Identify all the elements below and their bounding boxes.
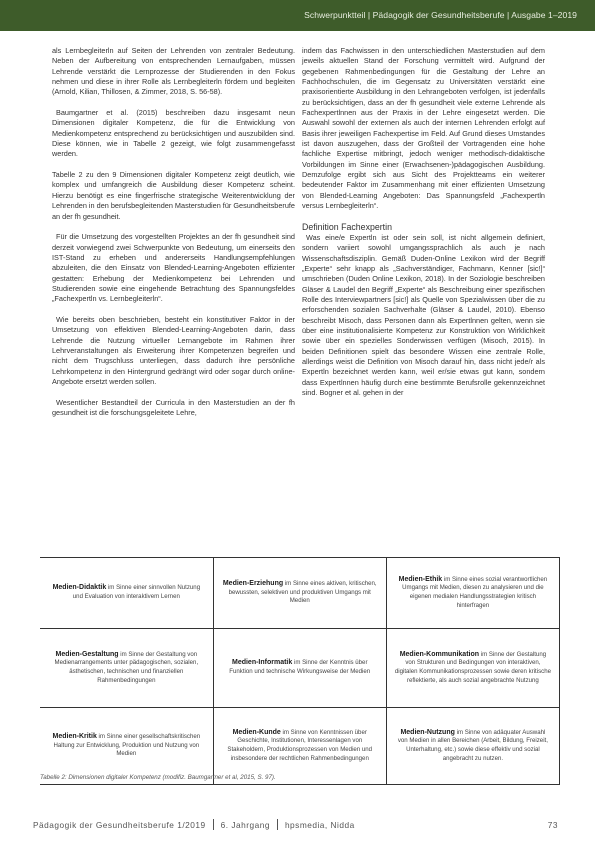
dimensions-table: Medien-Didaktik im Sinne einer sinnvolle… [40,557,560,785]
table-cell: Medien-Kunde im Sinne von Kenntnissen üb… [213,708,386,785]
paragraph: als Lernbegleiterln auf Seiten der Lehre… [52,46,295,98]
table-cell: Medien-Erziehung im Sinne eines aktiven,… [213,558,386,629]
footer-volume: 6. Jahrgang [221,820,270,830]
table-cell: Medien-Didaktik im Sinne einer sinnvolle… [40,558,213,629]
paragraph: Für die Umsetzung des vorgestellten Proj… [52,232,295,304]
page-footer: Pädagogik der Gesundheitsberufe 1/2019 6… [33,819,558,830]
paragraph: Baumgartner et al. (2015) beschreiben da… [52,108,295,160]
cell-term: Medien-Gestaltung [56,651,119,658]
page-number: 73 [548,820,558,830]
table-cell: Medien-Gestaltung im Sinne der Gestaltun… [40,629,213,708]
table-cell: Medien-Nutzung im Sinne von adäquater Au… [386,708,559,785]
header-bar: Schwerpunktteil | Pädagogik der Gesundhe… [0,0,595,31]
table-row: Medien-Gestaltung im Sinne der Gestaltun… [40,629,560,708]
section-heading: Definition Fachexpertin [302,222,545,233]
paragraph: indem das Fachwissen in den unterschiedl… [302,46,545,212]
paragraph: Was eine/e Expertln ist oder sein soll, … [302,233,545,399]
table-cell: Medien-Ethik im Sinne eines sozial veran… [386,558,559,629]
cell-term: Medien-Kunde [233,729,281,736]
cell-term: Medien-Kommunikation [400,651,479,658]
cell-term: Medien-Didaktik [53,584,107,591]
table-caption: Tabelle 2: Dimensionen digitaler Kompete… [40,774,276,781]
paragraph: Wie bereits oben beschrieben, besteht ei… [52,315,295,387]
cell-term: Medien-Kritik [53,733,97,740]
right-column: indem das Fachwissen in den unterschiedl… [302,46,545,398]
paragraph: Tabelle 2 zu den 9 Dimensionen digitaler… [52,170,295,222]
table-cell: Medien-Informatik im Sinne der Kenntnis … [213,629,386,708]
footer-divider [277,819,278,830]
table-cell: Medien-Kritik im Sinne einer gesellschaf… [40,708,213,785]
table-row: Medien-Didaktik im Sinne einer sinnvolle… [40,558,560,629]
footer-divider [213,819,214,830]
cell-term: Medien-Informatik [232,659,292,666]
cell-term: Medien-Erziehung [223,580,283,587]
table-row: Medien-Kritik im Sinne einer gesellschaf… [40,708,560,785]
cell-term: Medien-Nutzung [400,729,454,736]
table-cell: Medien-Kommunikation im Sinne der Gestal… [386,629,559,708]
paragraph: Wesentlicher Bestandteil der Curricula i… [52,398,295,419]
running-title: Schwerpunktteil | Pädagogik der Gesundhe… [304,10,577,20]
footer-journal: Pädagogik der Gesundheitsberufe 1/2019 [33,820,206,830]
footer-publisher: hpsmedia, Nidda [285,820,355,830]
cell-term: Medien-Ethik [399,576,443,583]
left-column: als Lernbegleiterln auf Seiten der Lehre… [52,46,295,418]
